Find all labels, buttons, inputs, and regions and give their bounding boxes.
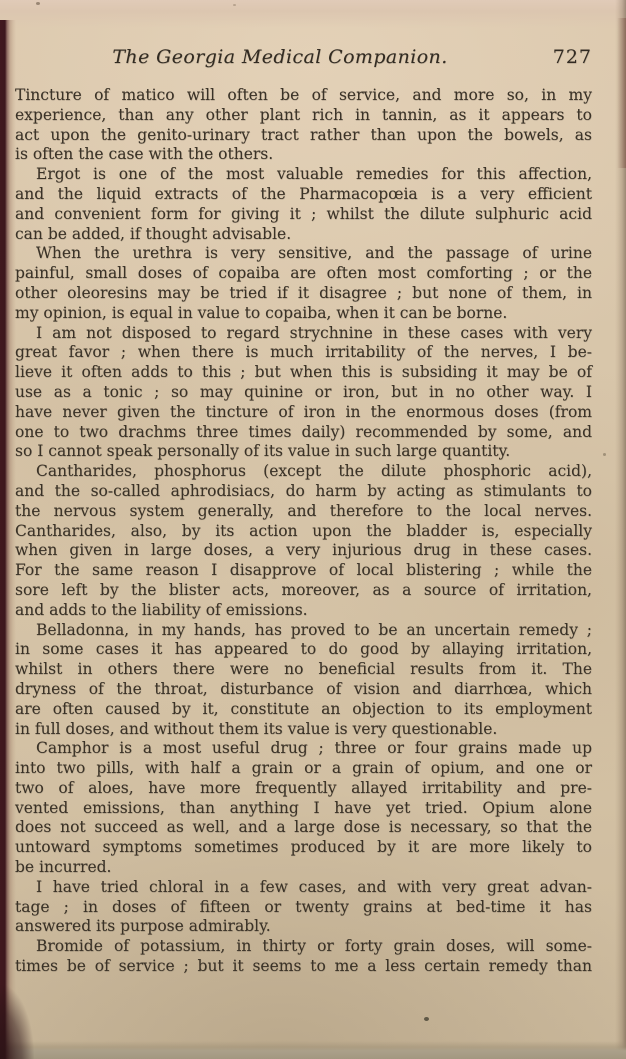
text-line: Cantharides, phosphorus (except the dilu… xyxy=(15,462,592,482)
text-line: in some cases it has appeared to do good… xyxy=(15,640,592,660)
paragraph: When the urethra is very sensitive, and … xyxy=(15,244,592,323)
paper-speck xyxy=(233,4,236,6)
book-gutter-shadow xyxy=(0,20,16,1059)
paragraph: I have tried chloral in a few cases, and… xyxy=(15,878,592,937)
text-line: so I cannot speak personally of its valu… xyxy=(15,442,592,462)
paragraph: Cantharides, phosphorus (except the dilu… xyxy=(15,462,592,620)
text-line: I am not disposed to regard strychnine i… xyxy=(15,324,592,344)
paper-speck xyxy=(603,453,606,456)
text-line: my opinion, is equal in value to copaiba… xyxy=(15,304,592,324)
text-line: are often caused by it, constitute an ob… xyxy=(15,700,592,720)
text-line: into two pills, with half a grain or a g… xyxy=(15,759,592,779)
text-line: When the urethra is very sensitive, and … xyxy=(15,244,592,264)
top-right-corner-shadow xyxy=(617,18,626,168)
text-line: and the liquid extracts of the Pharmacop… xyxy=(15,185,592,205)
text-line: painful, small doses of copaiba are ofte… xyxy=(15,264,592,284)
text-line: answered its purpose admirably. xyxy=(15,917,592,937)
text-line: dryness of the throat, disturbance of vi… xyxy=(15,680,592,700)
paragraph: I am not disposed to regard strychnine i… xyxy=(15,324,592,463)
text-line: in full doses, and without them its valu… xyxy=(15,720,592,740)
text-line: one to two drachms three times daily) re… xyxy=(15,423,592,443)
text-line: act upon the genito-urinary tract rather… xyxy=(15,126,592,146)
scanned-page: The Georgia Medical Companion. 727 Tinct… xyxy=(0,0,626,1059)
text-line: tage ; in doses of fifteen or twenty gra… xyxy=(15,898,592,918)
text-line: and convenient form for giving it ; whil… xyxy=(15,205,592,225)
text-line: can be added, if thought advisable. xyxy=(15,225,592,245)
text-line: whilst in others there were no beneficia… xyxy=(15,660,592,680)
text-line: I have tried chloral in a few cases, and… xyxy=(15,878,592,898)
paper-speck xyxy=(36,2,40,5)
text-line: Camphor is a most useful drug ; three or… xyxy=(15,739,592,759)
text-line: Cantharides, also, by its action upon th… xyxy=(15,522,592,542)
text-line: sore left by the blister acts, moreover,… xyxy=(15,581,592,601)
text-line: times be of service ; but it seems to me… xyxy=(15,957,592,977)
text-line: vented emissions, than anything I have y… xyxy=(15,799,592,819)
text-line: experience, than any other plant rich in… xyxy=(15,106,592,126)
text-line: be incurred. xyxy=(15,858,592,878)
text-line: is often the case with the others. xyxy=(15,145,592,165)
text-line: Ergot is one of the most valuable remedi… xyxy=(15,165,592,185)
text-line: the nervous system generally, and theref… xyxy=(15,502,592,522)
text-line: lieve it often adds to this ; but when t… xyxy=(15,363,592,383)
text-line: Bromide of potassium, in thirty or forty… xyxy=(15,937,592,957)
page-top-edge xyxy=(0,0,626,28)
text-line: and adds to the liability of emissions. xyxy=(15,601,592,621)
text-line: two of aloes, have more frequently allay… xyxy=(15,779,592,799)
paragraph: Ergot is one of the most valuable remedi… xyxy=(15,165,592,244)
text-line: when given in large doses, a very injuri… xyxy=(15,541,592,561)
paragraph: Bromide of potassium, in thirty or forty… xyxy=(15,937,592,977)
paragraph: Belladonna, in my hands, has proved to b… xyxy=(15,621,592,740)
bottom-left-corner-shadow xyxy=(0,985,34,1059)
text-line: use as a tonic ; so may quinine or iron,… xyxy=(15,383,592,403)
paragraph: Camphor is a most useful drug ; three or… xyxy=(15,739,592,878)
text-line: For the same reason I disapprove of loca… xyxy=(15,561,592,581)
text-line: Tincture of matico will often be of serv… xyxy=(15,86,592,106)
text-line: other oleoresins may be tried if it disa… xyxy=(15,284,592,304)
text-line: untoward symptoms sometimes produced by … xyxy=(15,838,592,858)
page-number: 727 xyxy=(553,46,592,68)
page-text: Tincture of matico will often be of serv… xyxy=(15,86,592,977)
text-line: and the so-called aphrodisiacs, do harm … xyxy=(15,482,592,502)
paper-speck xyxy=(424,1017,429,1021)
text-line: Belladonna, in my hands, has proved to b… xyxy=(15,621,592,641)
text-line: does not succeed as well, and a large do… xyxy=(15,818,592,838)
text-line: have never given the tincture of iron in… xyxy=(15,403,592,423)
page-bottom-edge xyxy=(0,1041,626,1059)
text-line: great favor ; when there is much irritab… xyxy=(15,343,592,363)
running-title: The Georgia Medical Companion. xyxy=(15,46,545,68)
paragraph: Tincture of matico will often be of serv… xyxy=(15,86,592,165)
